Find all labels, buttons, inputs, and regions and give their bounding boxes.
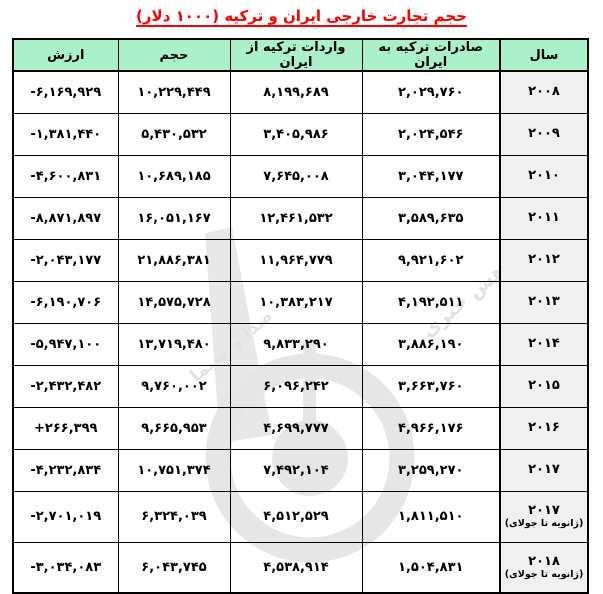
imports-cell: ۷,۴۹۲,۱۰۴ [230,449,362,491]
balance-cell: -۳,۰۳۴,۰۸۳ [13,542,118,593]
balance-cell: +۲۶۶,۳۹۹ [13,407,118,449]
year-note: (ژانویه تا جولای) [501,570,587,580]
exports-cell: ۲,۰۲۴,۵۴۶ [362,113,500,155]
balance-cell: -۴,۲۳۲,۸۳۴ [13,449,118,491]
balance-cell: -۴,۶۰۰,۸۳۱ [13,155,118,197]
year-label: ۲۰۱۷ [501,503,587,519]
year-cell: ۲۰۰۸ [500,71,588,113]
exports-cell: ۳,۸۸۶,۱۹۰ [362,323,500,365]
year-cell: ۲۰۱۶ [500,407,588,449]
exports-cell: ۱,۵۰۴,۸۳۱ [362,542,500,593]
imports-cell: ۳,۴۰۵,۹۸۶ [230,113,362,155]
exports-cell: ۳,۵۸۹,۶۳۵ [362,197,500,239]
volume-cell: ۱۳,۷۱۹,۴۸۰ [118,323,230,365]
table-row: ۲۰۰۸ ۲,۰۲۹,۷۶۰ ۸,۱۹۹,۶۸۹ ۱۰,۲۲۹,۴۴۹ -۶,۱… [13,71,588,113]
balance-cell: -۲,۰۴۳,۱۷۷ [13,239,118,281]
year-label: ۲۰۱۵ [501,378,587,394]
year-label: ۲۰۰۸ [501,84,587,100]
year-label: ۲۰۱۸ [501,554,587,570]
year-label: ۲۰۱۴ [501,336,587,352]
table-row: ۲۰۱۰ ۳,۰۴۴,۱۷۷ ۷,۶۴۵,۰۰۸ ۱۰,۶۸۹,۱۸۵ -۴,۶… [13,155,588,197]
table-row: ۲۰۱۶ ۴,۹۶۶,۱۷۶ ۴,۶۹۹,۷۷۷ ۹,۶۶۵,۹۵۳ +۲۶۶,… [13,407,588,449]
year-label: ۲۰۱۶ [501,420,587,436]
page: حجم تجارت خارجی ایران و ترکیه (۱۰۰۰ دلار… [0,0,603,594]
exports-cell: ۳,۶۶۳,۷۶۰ [362,365,500,407]
header-row: سال صادرات ترکیه به ایران واردات ترکیه ا… [13,39,588,71]
volume-cell: ۱۰,۲۲۹,۴۴۹ [118,71,230,113]
year-label: ۲۰۱۷ [501,462,587,478]
exports-cell: ۱,۸۱۱,۵۱۰ [362,491,500,542]
volume-cell: ۱۶,۰۵۱,۱۶۷ [118,197,230,239]
table-row: ۲۰۱۳ ۴,۱۹۲,۵۱۱ ۱۰,۳۸۳,۲۱۷ ۱۴,۵۷۵,۷۲۸ -۶,… [13,281,588,323]
volume-cell: ۶,۳۲۴,۰۳۹ [118,491,230,542]
table-row: ۲۰۱۱ ۳,۵۸۹,۶۳۵ ۱۲,۴۶۱,۵۳۲ ۱۶,۰۵۱,۱۶۷ -۸,… [13,197,588,239]
imports-cell: ۹,۸۳۳,۲۹۰ [230,323,362,365]
year-label: ۲۰۰۹ [501,126,587,142]
table-row: ۲۰۱۴ ۳,۸۸۶,۱۹۰ ۹,۸۳۳,۲۹۰ ۱۳,۷۱۹,۴۸۰ -۵,۹… [13,323,588,365]
table-row: ۲۰۱۲ ۹,۹۲۱,۶۰۲ ۱۱,۹۶۴,۷۷۹ ۲۱,۸۸۶,۳۸۱ -۲,… [13,239,588,281]
col-header-exports: صادرات ترکیه به ایران [362,39,500,71]
year-cell: ۲۰۱۳ [500,281,588,323]
balance-cell: -۲,۴۳۲,۴۸۲ [13,365,118,407]
exports-cell: ۳,۰۴۴,۱۷۷ [362,155,500,197]
volume-cell: ۲۱,۸۸۶,۳۸۱ [118,239,230,281]
exports-cell: ۹,۹۲۱,۶۰۲ [362,239,500,281]
volume-cell: ۱۰,۶۸۹,۱۸۵ [118,155,230,197]
col-header-imports: واردات ترکیه از ایران [230,39,362,71]
table-row: ۲۰۰۹ ۲,۰۲۴,۵۴۶ ۳,۴۰۵,۹۸۶ ۵,۴۳۰,۵۳۲ -۱,۳۸… [13,113,588,155]
imports-cell: ۴,۵۱۲,۵۲۹ [230,491,362,542]
balance-cell: -۶,۱۶۹,۹۲۹ [13,71,118,113]
year-label: ۲۰۱۳ [501,294,587,310]
table-row: ۲۰۱۷(ژانویه تا جولای) ۱,۸۱۱,۵۱۰ ۴,۵۱۲,۵۲… [13,491,588,542]
year-label: ۲۰۱۲ [501,252,587,268]
col-header-volume: حجم [118,39,230,71]
imports-cell: ۱۱,۹۶۴,۷۷۹ [230,239,362,281]
year-cell: ۲۰۱۰ [500,155,588,197]
trade-table: سال صادرات ترکیه به ایران واردات ترکیه ا… [12,38,589,594]
year-label: ۲۰۱۰ [501,168,587,184]
imports-cell: ۶,۰۹۶,۲۴۲ [230,365,362,407]
exports-cell: ۳,۲۵۹,۲۷۰ [362,449,500,491]
year-cell: ۲۰۰۹ [500,113,588,155]
table-row: ۲۰۱۸(ژانویه تا جولای) ۱,۵۰۴,۸۳۱ ۴,۵۳۸,۹۱… [13,542,588,593]
exports-cell: ۴,۹۶۶,۱۷۶ [362,407,500,449]
imports-cell: ۱۲,۴۶۱,۵۳۲ [230,197,362,239]
exports-cell: ۲,۰۲۹,۷۶۰ [362,71,500,113]
balance-cell: -۱,۳۸۱,۴۴۰ [13,113,118,155]
page-title: حجم تجارت خارجی ایران و ترکیه (۱۰۰۰ دلار… [0,7,603,25]
year-cell: ۲۰۱۱ [500,197,588,239]
imports-cell: ۴,۵۳۸,۹۱۴ [230,542,362,593]
volume-cell: ۵,۴۳۰,۵۳۲ [118,113,230,155]
year-cell: ۲۰۱۴ [500,323,588,365]
year-cell: ۲۰۱۵ [500,365,588,407]
balance-cell: -۶,۱۹۰,۷۰۶ [13,281,118,323]
balance-cell: -۸,۸۷۱,۸۹۷ [13,197,118,239]
year-cell: ۲۰۱۷(ژانویه تا جولای) [500,491,588,542]
year-cell: ۲۰۱۲ [500,239,588,281]
year-label: ۲۰۱۱ [501,210,587,226]
col-header-year: سال [500,39,588,71]
year-cell: ۲۰۱۸(ژانویه تا جولای) [500,542,588,593]
exports-cell: ۴,۱۹۲,۵۱۱ [362,281,500,323]
year-note: (ژانویه تا جولای) [501,519,587,529]
table-row: ۲۰۱۵ ۳,۶۶۳,۷۶۰ ۶,۰۹۶,۲۴۲ ۹,۷۶۰,۰۰۲ -۲,۴۳… [13,365,588,407]
year-cell: ۲۰۱۷ [500,449,588,491]
table-row: ۲۰۱۷ ۳,۲۵۹,۲۷۰ ۷,۴۹۲,۱۰۴ ۱۰,۷۵۱,۳۷۴ -۴,۲… [13,449,588,491]
imports-cell: ۷,۶۴۵,۰۰۸ [230,155,362,197]
imports-cell: ۴,۶۹۹,۷۷۷ [230,407,362,449]
volume-cell: ۱۰,۷۵۱,۳۷۴ [118,449,230,491]
volume-cell: ۱۴,۵۷۵,۷۲۸ [118,281,230,323]
balance-cell: -۲,۷۰۱,۰۱۹ [13,491,118,542]
volume-cell: ۹,۷۶۰,۰۰۲ [118,365,230,407]
col-header-balance: ارزش [13,39,118,71]
balance-cell: -۵,۹۴۷,۱۰۰ [13,323,118,365]
volume-cell: ۹,۶۶۵,۹۵۳ [118,407,230,449]
imports-cell: ۱۰,۳۸۳,۲۱۷ [230,281,362,323]
imports-cell: ۸,۱۹۹,۶۸۹ [230,71,362,113]
volume-cell: ۶,۰۴۳,۷۴۵ [118,542,230,593]
